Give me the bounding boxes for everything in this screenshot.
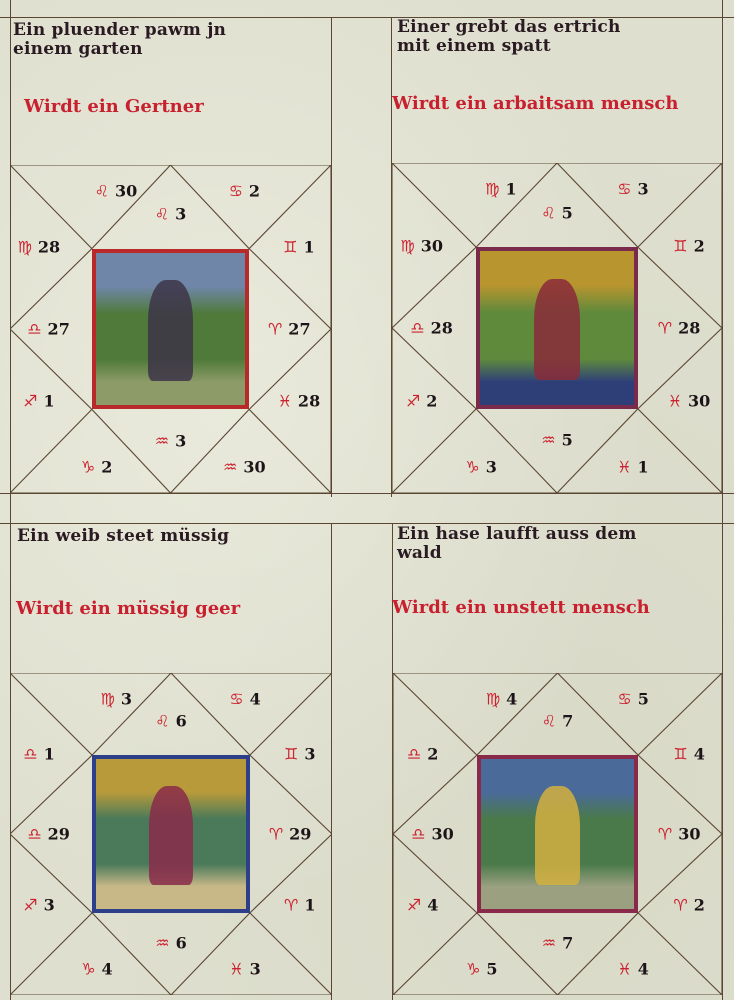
house-top-center: ♌5 (541, 203, 572, 222)
house-degree: 30 (688, 391, 710, 410)
pisces-icon: ♓ (617, 457, 631, 476)
house-degree: 5 (486, 960, 497, 979)
house-degree: 4 (250, 689, 261, 708)
sagittarius-icon: ♐ (407, 895, 421, 914)
house-degree: 7 (562, 934, 573, 953)
house-right-lower: ♈2 (673, 895, 704, 914)
aquarius-icon: ♒ (542, 934, 556, 953)
leo-icon: ♌ (542, 712, 556, 731)
house-top-right: ♋4 (229, 689, 260, 708)
aquarius-icon: ♒ (223, 457, 237, 476)
house-degree: 2 (101, 457, 112, 476)
house-right-upper: ♊4 (673, 744, 704, 763)
gemini-icon: ♊ (283, 238, 297, 257)
miniature-painting (476, 247, 638, 409)
house-degree: 4 (506, 689, 517, 708)
house-degree: 6 (176, 712, 187, 731)
leo-icon: ♌ (95, 182, 109, 201)
caption-line-2: mit einem spatt (397, 37, 621, 56)
cancer-icon: ♋ (617, 689, 631, 708)
capricorn-icon: ♑ (465, 457, 479, 476)
aries-icon: ♈ (673, 895, 687, 914)
house-degree: 1 (44, 744, 55, 763)
horoscope-chart-digger: ♍1♌5♋3♍30♊2♎28♈28♐2♓30♑3♒5♓1 (392, 163, 722, 493)
caption-line-1: Ein weib steet müssig (17, 527, 229, 546)
virgo-icon: ♍ (101, 689, 115, 708)
house-bottom-right: ♒30 (223, 457, 266, 476)
capricorn-icon: ♑ (466, 960, 480, 979)
house-degree: 30 (421, 236, 443, 255)
house-left-middle: ♎30 (411, 825, 454, 844)
miniature-painting (477, 755, 638, 913)
house-degree: 7 (562, 712, 573, 731)
house-degree: 2 (427, 744, 438, 763)
house-degree: 5 (562, 431, 573, 450)
horoscope-chart-idle-woman: ♍3♌6♋4♎1♊3♎29♈29♐3♈1♑4♒6♓3 (10, 673, 332, 995)
house-bottom-left: ♑3 (465, 457, 496, 476)
house-degree: 30 (243, 457, 265, 476)
house-right-upper: ♊1 (283, 238, 314, 257)
leo-icon: ♌ (155, 712, 169, 731)
house-right-upper: ♊2 (673, 236, 704, 255)
gemini-icon: ♊ (673, 744, 687, 763)
leo-icon: ♌ (155, 205, 169, 224)
house-top-center: ♌3 (155, 205, 186, 224)
house-left-middle: ♎29 (27, 825, 70, 844)
pisces-icon: ♓ (617, 960, 631, 979)
house-bottom-left: ♑4 (81, 960, 112, 979)
house-top-left: ♍1 (485, 180, 516, 199)
aquarius-icon: ♒ (155, 431, 169, 450)
horoscope-chart-garden: ♌30♌3♋2♍28♊1♎27♈27♐1♓28♑2♒3♒30 (10, 165, 331, 493)
house-right-middle: ♈27 (268, 320, 311, 339)
caption-line-1: Ein hase laufft auss dem (397, 525, 637, 544)
caption-line-1: Ein pluender pawm jn (13, 21, 226, 40)
house-degree: 3 (637, 180, 648, 199)
house-right-middle: ♈30 (658, 825, 701, 844)
leo-icon: ♌ (541, 203, 555, 222)
house-right-lower: ♓28 (278, 392, 321, 411)
house-degree: 4 (638, 960, 649, 979)
horoscope-chart-hare: ♍4♌7♋5♎2♊4♎30♈30♐4♈2♑5♒7♓4 (393, 673, 722, 995)
house-bottom-left: ♑2 (81, 457, 112, 476)
house-top-left: ♍3 (101, 689, 132, 708)
house-top-right: ♋2 (229, 182, 260, 201)
gemini-icon: ♊ (673, 236, 687, 255)
aquarius-icon: ♒ (541, 431, 555, 450)
aries-icon: ♈ (658, 825, 672, 844)
pisces-icon: ♓ (278, 392, 292, 411)
house-degree: 28 (298, 392, 320, 411)
panel-caption: Ein pluender pawm jn einem garten (13, 21, 226, 59)
house-degree: 1 (43, 392, 54, 411)
house-right-upper: ♊3 (284, 744, 315, 763)
house-left-upper: ♎2 (407, 744, 438, 763)
panel-prediction: Wirdt ein unstett mensch (392, 597, 650, 618)
house-bottom-left: ♑5 (466, 960, 497, 979)
virgo-icon: ♍ (486, 689, 500, 708)
libra-icon: ♎ (410, 319, 424, 338)
miniature-figure (149, 786, 194, 885)
house-top-right: ♋5 (617, 689, 648, 708)
house-left-lower: ♐4 (407, 895, 438, 914)
house-top-left: ♍4 (486, 689, 517, 708)
sagittarius-icon: ♐ (23, 895, 37, 914)
house-right-middle: ♈29 (269, 825, 312, 844)
aries-icon: ♈ (269, 825, 283, 844)
house-top-right: ♋3 (617, 180, 648, 199)
miniature-figure (534, 279, 580, 380)
miniature-figure (148, 280, 193, 381)
capricorn-icon: ♑ (81, 457, 95, 476)
house-degree: 27 (48, 320, 70, 339)
house-degree: 5 (638, 689, 649, 708)
house-degree: 3 (175, 431, 186, 450)
house-top-center: ♌6 (155, 712, 186, 731)
house-bottom-center: ♒7 (542, 934, 573, 953)
house-degree: 28 (431, 319, 453, 338)
house-bottom-right: ♓3 (229, 960, 260, 979)
house-degree: 2 (249, 182, 260, 201)
caption-line-1: Einer grebt das ertrich (397, 18, 621, 37)
house-left-upper: ♍30 (400, 236, 443, 255)
house-left-middle: ♎28 (410, 319, 453, 338)
house-degree: 28 (678, 319, 700, 338)
house-degree: 4 (102, 960, 113, 979)
house-right-lower: ♈1 (284, 895, 315, 914)
house-degree: 1 (505, 180, 516, 199)
libra-icon: ♎ (27, 320, 41, 339)
virgo-icon: ♍ (485, 180, 499, 199)
libra-icon: ♎ (27, 825, 41, 844)
aries-icon: ♈ (268, 320, 282, 339)
house-degree: 3 (304, 744, 315, 763)
manuscript-page: Ein pluender pawm jn einem garten Wirdt … (0, 0, 734, 1000)
virgo-icon: ♍ (400, 236, 414, 255)
house-degree: 4 (427, 895, 438, 914)
house-degree: 3 (121, 689, 132, 708)
house-left-middle: ♎27 (27, 320, 70, 339)
house-left-lower: ♐1 (23, 392, 54, 411)
miniature-figure (535, 786, 581, 885)
pisces-icon: ♓ (668, 391, 682, 410)
house-degree: 2 (426, 391, 437, 410)
house-bottom-center: ♒6 (155, 934, 186, 953)
panel-prediction: Wirdt ein müssig geer (16, 598, 240, 619)
capricorn-icon: ♑ (81, 960, 95, 979)
panel-caption: Ein hase laufft auss dem wald (397, 525, 637, 563)
caption-line-2: einem garten (13, 40, 226, 59)
house-left-lower: ♐3 (23, 895, 54, 914)
house-degree: 1 (303, 238, 314, 257)
house-degree: 29 (289, 825, 311, 844)
house-degree: 3 (175, 205, 186, 224)
house-left-upper: ♎1 (23, 744, 54, 763)
house-degree: 29 (48, 825, 70, 844)
miniature-painting (92, 755, 250, 913)
house-bottom-center: ♒3 (155, 431, 186, 450)
aries-icon: ♈ (284, 895, 298, 914)
house-degree: 3 (250, 960, 261, 979)
panel-prediction: Wirdt ein arbaitsam mensch (392, 93, 678, 114)
sagittarius-icon: ♐ (406, 391, 420, 410)
cancer-icon: ♋ (229, 182, 243, 201)
house-left-lower: ♐2 (406, 391, 437, 410)
house-degree: 2 (694, 236, 705, 255)
house-degree: 4 (694, 744, 705, 763)
libra-icon: ♎ (23, 744, 37, 763)
libra-icon: ♎ (407, 744, 421, 763)
panel-caption: Einer grebt das ertrich mit einem spatt (397, 18, 621, 56)
caption-line-2: wald (397, 544, 637, 563)
house-degree: 3 (44, 895, 55, 914)
house-degree: 1 (304, 895, 315, 914)
house-right-lower: ♓30 (668, 391, 711, 410)
house-top-left: ♌30 (95, 182, 138, 201)
house-degree: 3 (486, 457, 497, 476)
miniature-painting (92, 249, 249, 410)
cancer-icon: ♋ (617, 180, 631, 199)
house-bottom-center: ♒5 (541, 431, 572, 450)
house-bottom-right: ♓1 (617, 457, 648, 476)
pisces-icon: ♓ (229, 960, 243, 979)
gemini-icon: ♊ (284, 744, 298, 763)
house-degree: 27 (288, 320, 310, 339)
cancer-icon: ♋ (229, 689, 243, 708)
virgo-icon: ♍ (18, 238, 32, 257)
house-degree: 6 (176, 934, 187, 953)
sagittarius-icon: ♐ (23, 392, 37, 411)
house-degree: 28 (38, 238, 60, 257)
house-right-middle: ♈28 (658, 319, 701, 338)
house-degree: 30 (678, 825, 700, 844)
house-degree: 1 (637, 457, 648, 476)
panel-caption: Ein weib steet müssig (17, 527, 229, 546)
libra-icon: ♎ (411, 825, 425, 844)
house-degree: 30 (115, 182, 137, 201)
aries-icon: ♈ (658, 319, 672, 338)
house-degree: 5 (562, 203, 573, 222)
panel-prediction: Wirdt ein Gertner (24, 96, 204, 117)
house-degree: 30 (432, 825, 454, 844)
house-degree: 2 (694, 895, 705, 914)
house-top-center: ♌7 (542, 712, 573, 731)
house-left-upper: ♍28 (18, 238, 61, 257)
aquarius-icon: ♒ (155, 934, 169, 953)
house-bottom-right: ♓4 (617, 960, 648, 979)
